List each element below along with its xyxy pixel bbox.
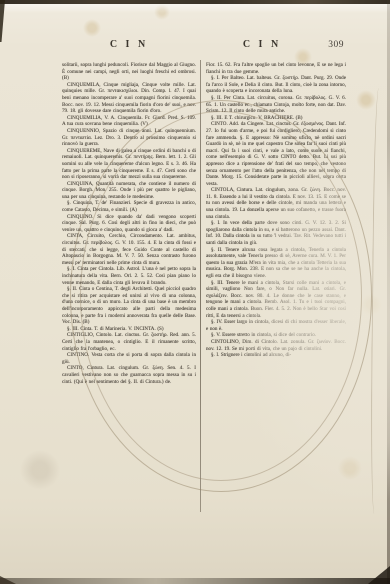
entry-paragraph: §. Cinquina, T. de' Finanzieri. Specie d… [62,200,196,213]
entry-paragraph: §. III. Tenere le mani a cintola, Starsi… [206,280,346,320]
running-head-left: C I N [62,39,196,50]
entry-paragraph: §. I. Strignere i cintolini ad alcuno, d… [206,352,346,359]
entry-paragraph: §. II. Tenere alcuna cosa legata a cinto… [206,247,346,280]
entry-paragraph: CINQUEMILA, Cinque migliaja, Cinque volt… [62,82,196,115]
entry-paragraph: CINQUENNIO, Spazio di cinque anni. Lat. … [62,128,196,148]
scanned-dictionary-page: C I N C I N 309 solitarii, sopra lunghi … [0,0,390,584]
entry-paragraph: CINQUEMILIA, V. A. Cinquemila. Fr. Giord… [62,115,196,128]
column-divider-rule [200,60,201,512]
entry-paragraph: CINQUEREME, Nave di galea a cinque ordin… [62,148,196,181]
entry-paragraph: CINTO. Add. da Cingere. Lat. cinctus. Gr… [206,121,346,187]
entry-paragraph: §. II. Per Cinta. Lat. circuitus, corona… [206,95,346,115]
entry-paragraph: Fior. 15. 62. Fra l'altre spoglie un bel… [206,62,346,75]
entry-paragraph: CINTOLA, Cintura. Lat. cingulum, zona. G… [206,187,346,220]
entry-paragraph: §. I. Cinta per Cintola. Lib. Astrol. L'… [62,266,196,286]
entry-paragraph: §. IV. Esser largo in cintola, dicesi di… [206,319,346,332]
entry-paragraph: CINQUINA, Quantità numerata, che contien… [62,181,196,201]
entry-paragraph: CINTA, Circuito, Cerchio, Circondamento.… [62,233,196,266]
plate-left-corner-mark [0,0,5,42]
plate-bottom-edge [0,578,390,584]
text-column-right: Fior. 15. 62. Fra l'altre spoglie un bel… [206,62,346,514]
entry-paragraph: CINQUINO. Si dice quando da' dadi vengon… [62,214,196,234]
entry-paragraph: solitarii, sopra lunghi peduncoli. Fiori… [62,62,196,82]
page-fore-edge-line [370,88,383,514]
entry-paragraph: §. I. In vece della parte dove sono cint… [206,220,346,246]
text-column-left: solitarii, sopra lunghi peduncoli. Fiori… [62,62,196,514]
entry-paragraph: §. I. Per Balteo. Lat. balteus. Gr. ζωστ… [206,75,346,95]
entry-paragraph: §. V. Essere stretto in cintola, si dice… [206,332,346,339]
paper-top-highlight [0,4,390,13]
running-head-right: C I N [206,39,318,50]
entry-paragraph: CINTOLINO, Dim. di Cintolo. Lat. zonula.… [206,339,346,352]
entry-paragraph: §. II. Cinta o Centina, T. degli Archite… [62,286,196,326]
page-number: 309 [308,40,344,50]
entry-paragraph: CINTO, Cintura. Lat. cingulum. Gr. ζώνη.… [62,365,196,385]
entry-paragraph: CINTINO. Vesta corta che si porta di sop… [62,352,196,365]
entry-paragraph: CINTIGLIO, Cintolo. Lat. cinctus. Gr. ζω… [62,332,196,352]
